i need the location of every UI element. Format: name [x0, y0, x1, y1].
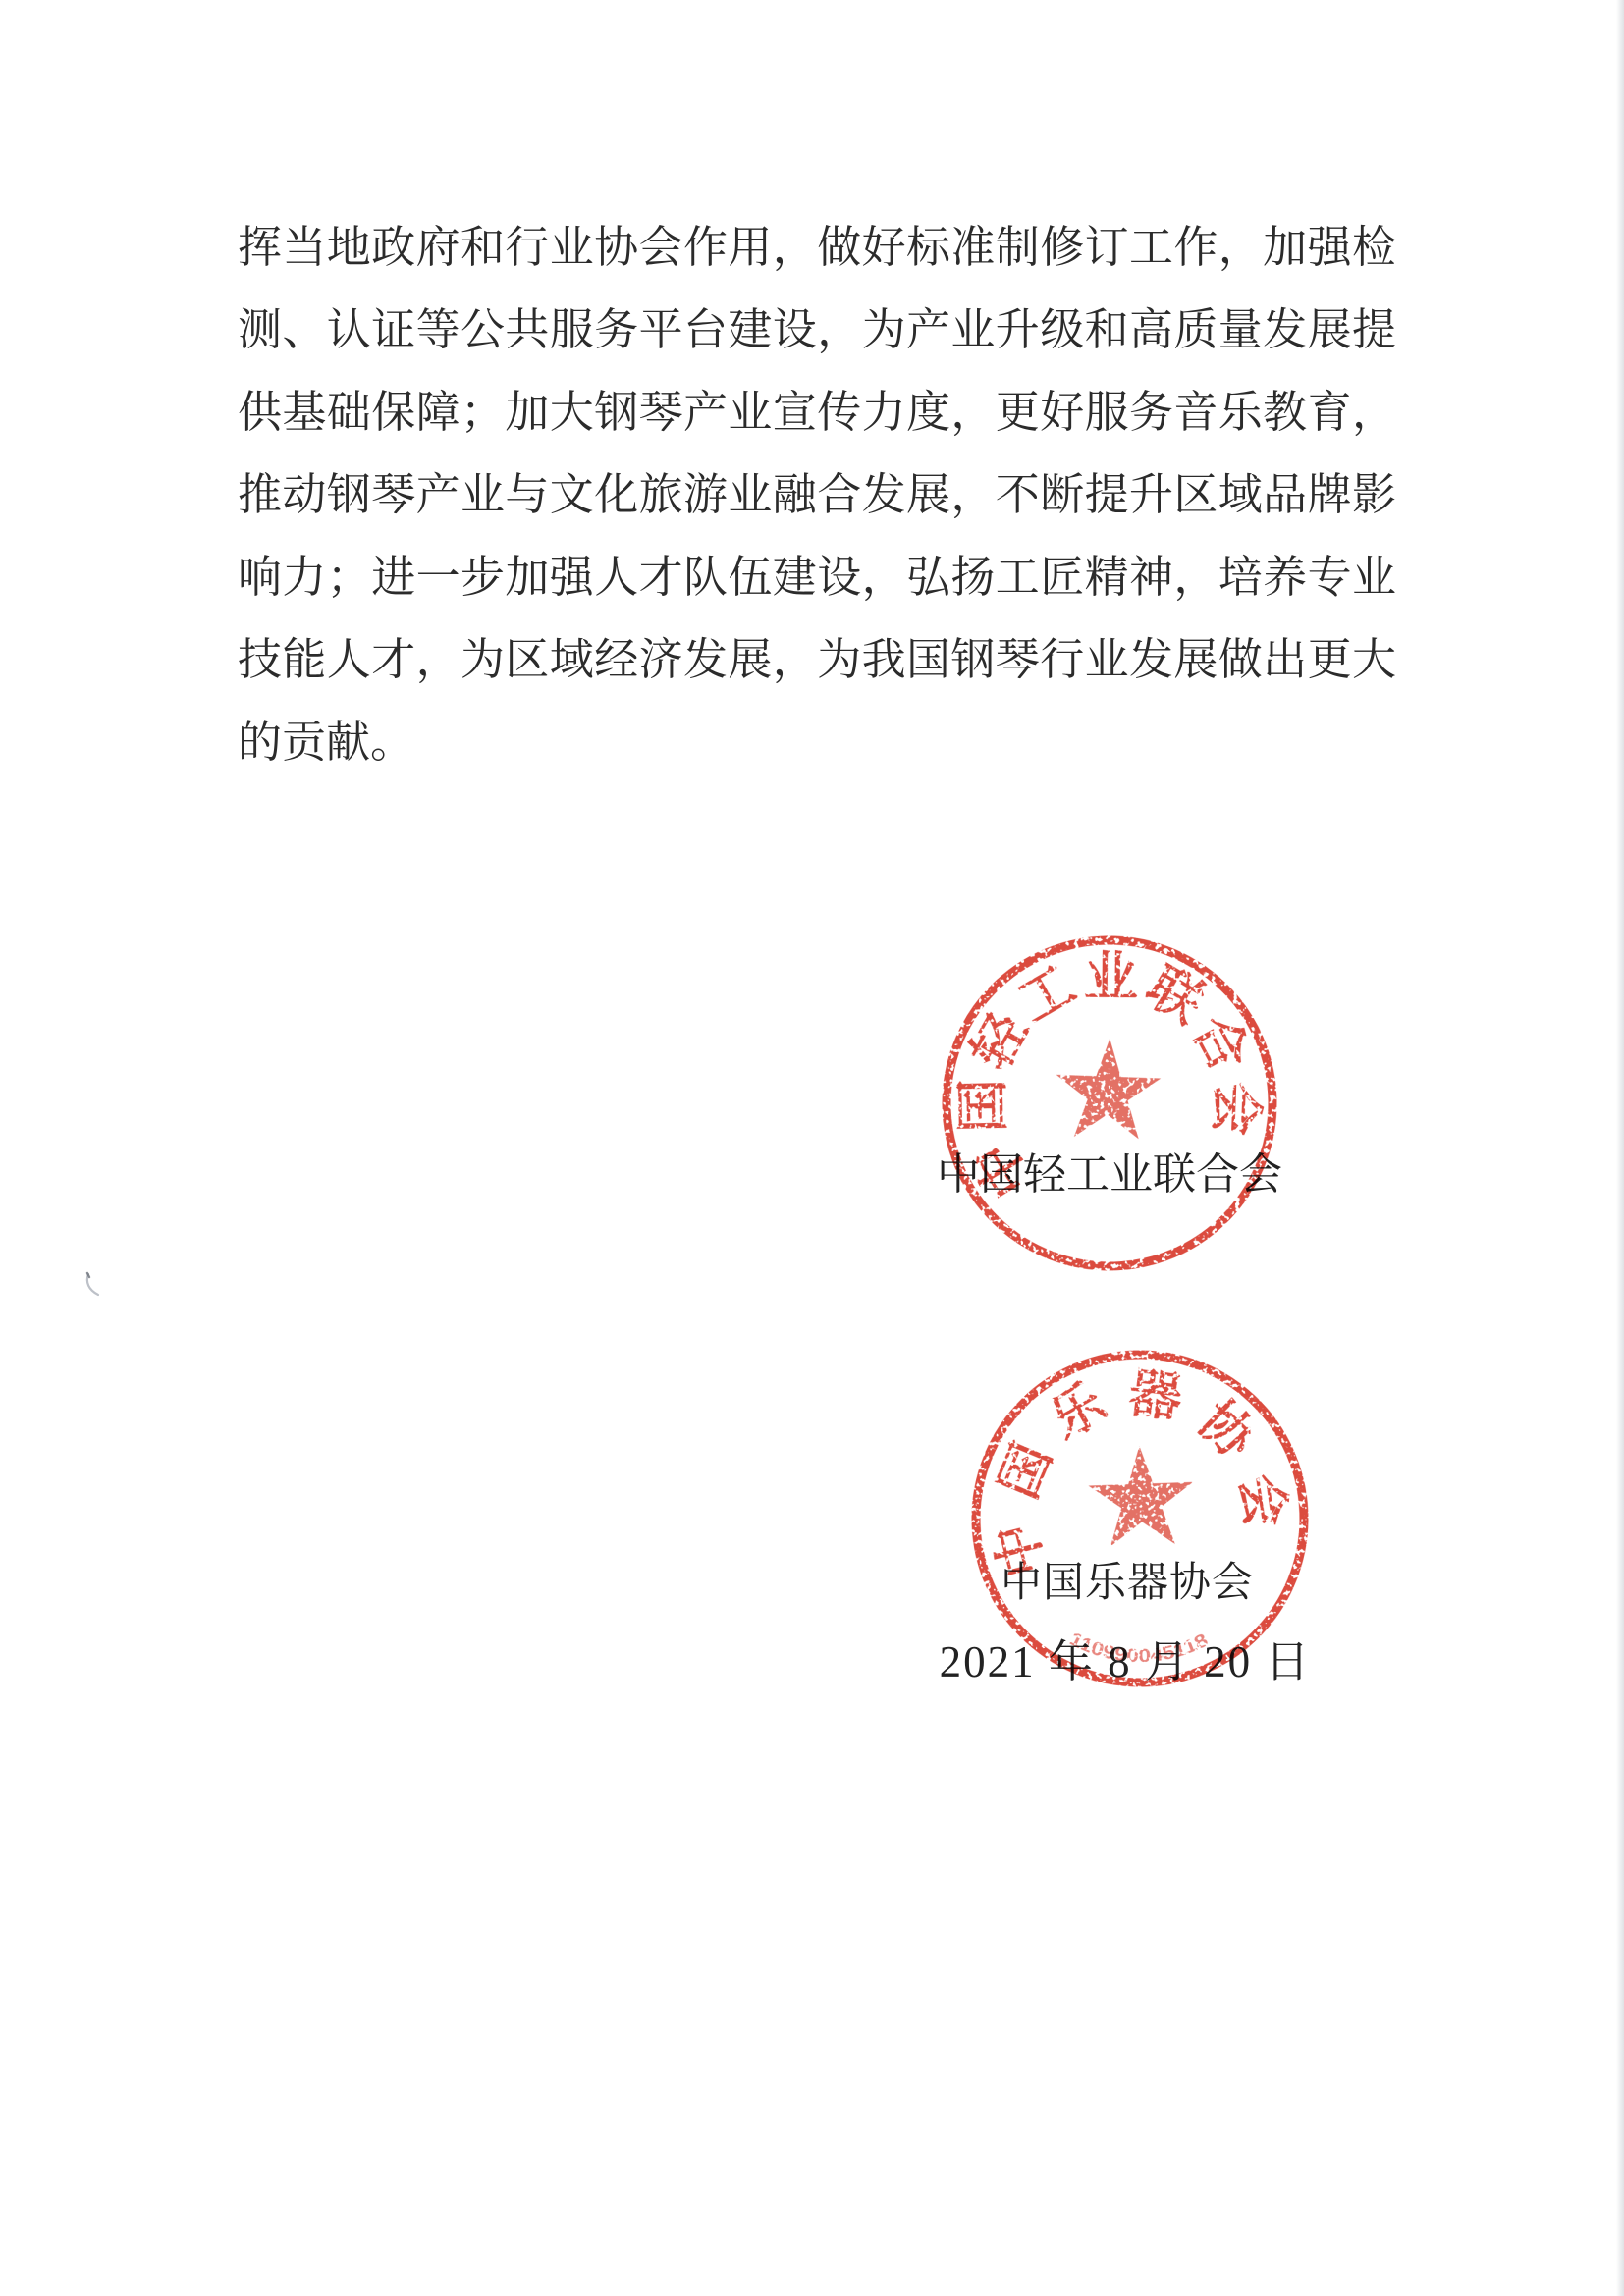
paragraph-line: 推动钢琴产业与文化旅游业融合发展，不断提升区域品牌影: [238, 454, 1396, 536]
seal-star-icon: [1087, 1444, 1195, 1547]
stray-pencil-mark-icon: [79, 1266, 118, 1306]
svg-text:110990045118: 110990045118: [1065, 1625, 1213, 1670]
paragraph-line: 挥当地政府和行业协会作用，做好标准制修订工作，加强检: [238, 206, 1396, 289]
seal-registration-code: 110990045118: [1065, 1625, 1213, 1670]
paragraph-line: 技能人才，为区域经济发展，为我国钢琴行业发展做出更大: [238, 618, 1396, 701]
body-paragraph: 挥当地政府和行业协会作用，做好标准制修订工作，加强检 测、认证等公共服务平台建设…: [238, 206, 1396, 783]
paragraph-line: 的贡献。: [238, 701, 1396, 783]
official-seal-musical-instruments-association: 中国乐器协会 110990045118: [944, 1322, 1336, 1715]
paragraph-line: 响力；进一步加强人才队伍建设，弘扬工匠精神，培养专业: [238, 536, 1396, 618]
document-page: 挥当地政府和行业协会作用，做好标准制修订工作，加强检 测、认证等公共服务平台建设…: [0, 0, 1624, 2296]
paragraph-line: 测、认证等公共服务平台建设，为产业升级和高质量发展提: [238, 289, 1396, 371]
scan-edge-shadow: [1616, 0, 1624, 2296]
seal-star-icon: [1055, 1037, 1163, 1140]
official-seal-light-industry-council: 中国轻工业联合会: [913, 907, 1306, 1300]
paragraph-line: 供基础保障；加大钢琴产业宣传力度，更好服务音乐教育，: [238, 371, 1396, 454]
